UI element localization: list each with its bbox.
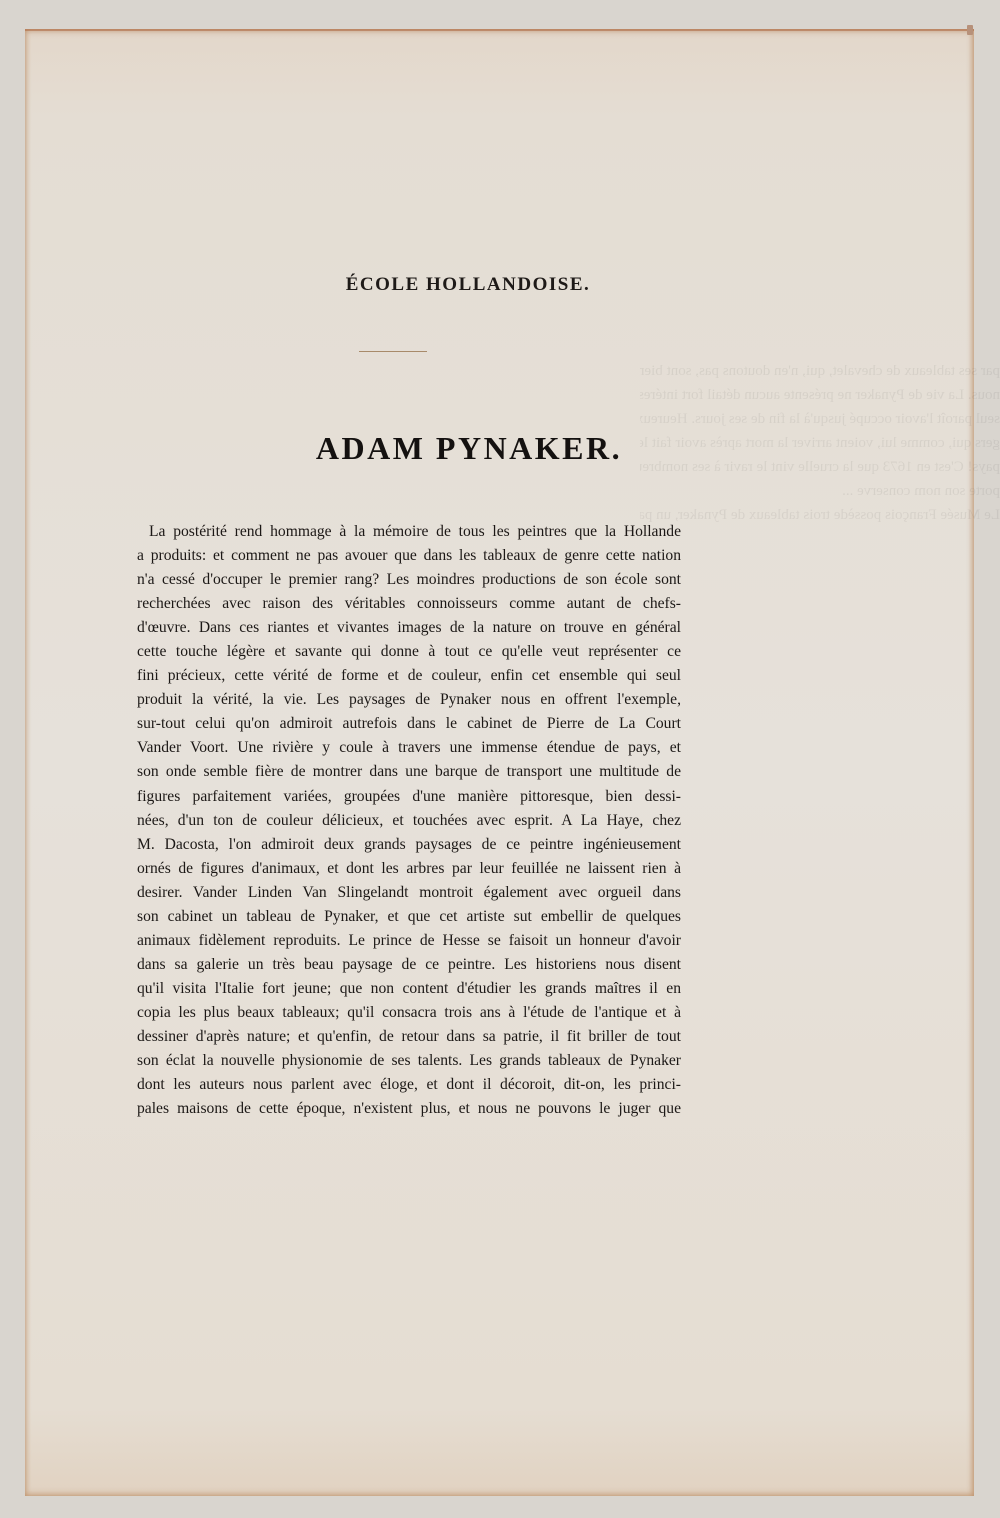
text-line: recherchées avec raison des véritables c… xyxy=(137,592,681,616)
text-line: son onde semble fière de montrer dans un… xyxy=(137,760,681,784)
text-line: son éclat la nouvelle physionomie de ses… xyxy=(137,1049,681,1073)
text-line: sur-tout celui qu'on admiroit autrefois … xyxy=(137,712,681,736)
torn-corner-tab xyxy=(967,25,973,35)
text-line: n'a cessé d'occuper le premier rang? Les… xyxy=(137,568,681,592)
text-line: d'œuvre. Dans ces riantes et vivantes im… xyxy=(137,616,681,640)
text-line: pales maisons de cette époque, n'existen… xyxy=(137,1097,681,1121)
text-line: qu'il visita l'Italie fort jeune; que no… xyxy=(137,977,681,1001)
divider-rule xyxy=(359,351,427,352)
school-heading: ÉCOLE HOLLANDOISE. xyxy=(0,274,968,296)
text-line: nées, d'un ton de couleur délicieux, et … xyxy=(137,809,681,833)
text-line: Vander Voort. Une rivière y coule à trav… xyxy=(137,736,681,760)
body-paragraph: La postérité rend hommage à la mémoire d… xyxy=(137,520,681,1121)
text-line: cette touche légère et savante qui donne… xyxy=(137,640,681,664)
text-line: desirer. Vander Linden Van Slingelandt m… xyxy=(137,881,681,905)
text-line: produit la vérité, la vie. Les paysages … xyxy=(137,688,681,712)
text-line: dessiner d'après nature; et qu'enfin, de… xyxy=(137,1025,681,1049)
text-line: M. Dacosta, l'on admiroit deux grands pa… xyxy=(137,833,681,857)
text-line: figures parfaitement variées, groupées d… xyxy=(137,785,681,809)
text-line: dans sa galerie un très beau paysage de … xyxy=(137,953,681,977)
text-line: fini précieux, cette vérité de forme et … xyxy=(137,664,681,688)
text-line: ornés de figures d'animaux, et dont les … xyxy=(137,857,681,881)
text-line: La postérité rend hommage à la mémoire d… xyxy=(137,520,681,544)
text-line: a produits: et comment ne pas avouer que… xyxy=(137,544,681,568)
text-line: animaux fidèlement reproduits. Le prince… xyxy=(137,929,681,953)
text-line: son cabinet un tableau de Pynaker, et qu… xyxy=(137,905,681,929)
page-title: ADAM PYNAKER. xyxy=(0,430,969,467)
text-line: copia les plus beaux tableaux; qu'il con… xyxy=(137,1001,681,1025)
text-line: dont les auteurs nous parlent avec éloge… xyxy=(137,1073,681,1097)
